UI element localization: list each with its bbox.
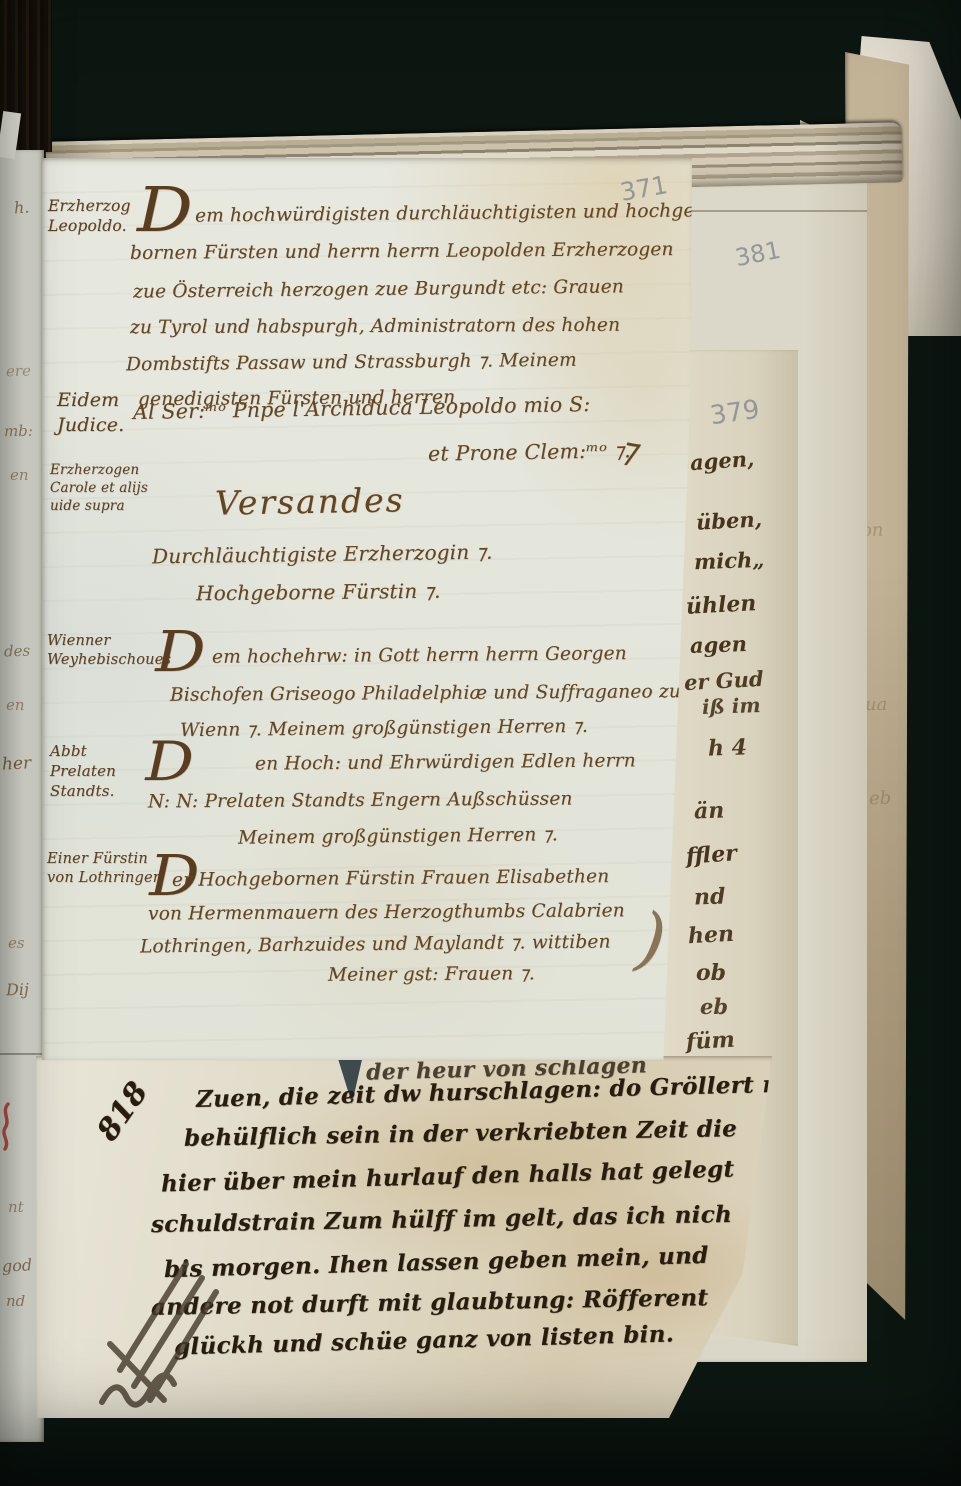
text-fragment: nd	[6, 1292, 25, 1310]
margin-note-weihbischof: Wienner Weyhebischoues	[47, 632, 171, 670]
margin-note-erzherzog-carl: Erzherzogen Carole et alijs uide supra	[50, 462, 148, 515]
handwriting-line: hier über mein hurlauf den halls hat gel…	[161, 1155, 735, 1197]
text-fragment: ühlen	[685, 590, 757, 620]
text-fragment: üben,	[695, 506, 762, 534]
margin-note-praelaten-stand: Abbt Prelaten Standts.	[50, 742, 116, 801]
handwriting-line: en Hoch: und Ehrwürdigen Edlen herrn	[255, 750, 636, 774]
page-edge-line	[683, 210, 867, 212]
handwriting-line: schuldstrain Zum hülff im gelt, das ich …	[151, 1201, 732, 1238]
margin-note-eidem-judice: Eidem Judice.	[57, 388, 124, 438]
handwriting-line: glückh und schüe ganz von listen bin.	[174, 1320, 675, 1360]
text-fragment: des	[4, 642, 31, 661]
folio-number-pencil-379: 379	[708, 395, 761, 432]
text-fragment: agen,	[689, 446, 755, 475]
initial-capital: D	[137, 182, 193, 238]
handwriting-line: Wienn ⁊. Meinem großgünstigen Herren ⁊.	[180, 716, 588, 741]
text-fragment: iß im	[702, 693, 761, 719]
text-fragment: eb	[700, 994, 728, 1019]
red-margin-mark	[0, 1102, 14, 1152]
text-fragment: Dij	[6, 980, 30, 1000]
text-fragment: her	[1, 753, 31, 774]
margin-note-erzherzog-leopold: Erzherzog Leopoldo.	[48, 196, 131, 237]
text-fragment: ob	[696, 960, 726, 986]
handwriting-line: Meiner gst: Frauen ⁊.	[328, 963, 535, 985]
text-fragment: eb	[869, 788, 892, 810]
text-fragment: god	[2, 1255, 33, 1276]
margin-note-fuerstin-lothringen: Einer Fürstin von Lothringen	[47, 850, 162, 888]
manuscript-photograph: onuaeb 385 381 379 agen,üben,mich„ühlena…	[0, 0, 961, 1486]
handwriting-line: et Prone Clem:ᵐᵒ ⁊.	[428, 438, 631, 466]
text-fragment: nd	[694, 883, 726, 910]
handwriting-line: zu Tyrol und habspurgh, Administratorn d…	[130, 315, 620, 339]
text-fragment: h.	[13, 197, 30, 217]
initial-capital: D	[155, 628, 206, 678]
handwriting-line: behülflich sein in der verkriebten Zeit …	[184, 1115, 737, 1152]
handwriting-line: Meinem großgünstigen Herren ⁊.	[238, 824, 558, 848]
handwriting-line: zue Österreich herzogen zue Burgundt etc…	[133, 276, 624, 302]
page-boundary-line	[0, 1053, 44, 1055]
cross-out-hatch-mark	[98, 1252, 248, 1412]
ink-numeral: 818	[90, 1075, 155, 1147]
text-fragment: füm	[685, 1027, 735, 1056]
text-fragment: agen	[690, 631, 748, 658]
text-fragment: nt	[8, 1198, 24, 1216]
text-fragment: ffler	[685, 840, 738, 869]
text-fragment: en	[10, 466, 29, 484]
text-fragment: en	[6, 696, 25, 714]
handwriting-line: Bischofen Griseogo Philadelphiæ und Suff…	[170, 681, 681, 706]
handwriting-line: em hochwürdigisten durchläuchtigisten un…	[195, 200, 701, 226]
main-manuscript-page: 371 Erzherzog Leopoldo. D em hochwürdigi…	[42, 158, 692, 1060]
handwriting-line: Dombstifts Passaw und Strassburgh ⁊. Mei…	[126, 350, 577, 376]
salutation-line: Hochgeborne Fürstin ⁊.	[196, 579, 441, 606]
handwriting-line: em hochehrw: in Gott herrn herrn Georgen	[212, 643, 627, 668]
text-fragment: hen	[687, 921, 734, 949]
handwriting-line: von Hermenmauern des Herzogthumbs Calabr…	[148, 900, 625, 924]
section-heading: Versandes	[215, 480, 405, 522]
salutation-line: Durchläuchtigiste Erzherzogin ⁊.	[152, 540, 493, 569]
initial-capital: D	[145, 738, 194, 787]
handwriting-line: bornen Fürsten und herrn herrn Leopolden…	[130, 239, 674, 264]
text-fragment: es	[8, 934, 25, 952]
handwriting-line: Lothringen, Barhzuides und Maylandt ⁊. w…	[140, 932, 611, 958]
folio-number-pencil-381: 381	[733, 236, 783, 272]
text-fragment: er Gud	[683, 666, 764, 695]
handwriting-line: er Hochgebornen Fürstin Frauen Elisabeth…	[172, 866, 610, 891]
et-flourish: ⁊	[617, 429, 641, 471]
text-fragment: än	[694, 797, 725, 824]
text-fragment: mich„	[694, 547, 765, 574]
text-fragment: ua	[865, 694, 887, 715]
text-fragment: h 4	[708, 734, 748, 761]
handwriting-line: N: N: Prelaten Standts Engern Außschüsse…	[148, 789, 573, 813]
lower-manuscript-page: 818 der heur von schlagen Zuen, die zeit…	[36, 1056, 772, 1418]
text-fragment: mb:	[4, 422, 33, 441]
text-fragment: ere	[6, 362, 32, 381]
closing-flourish: )	[632, 896, 671, 981]
